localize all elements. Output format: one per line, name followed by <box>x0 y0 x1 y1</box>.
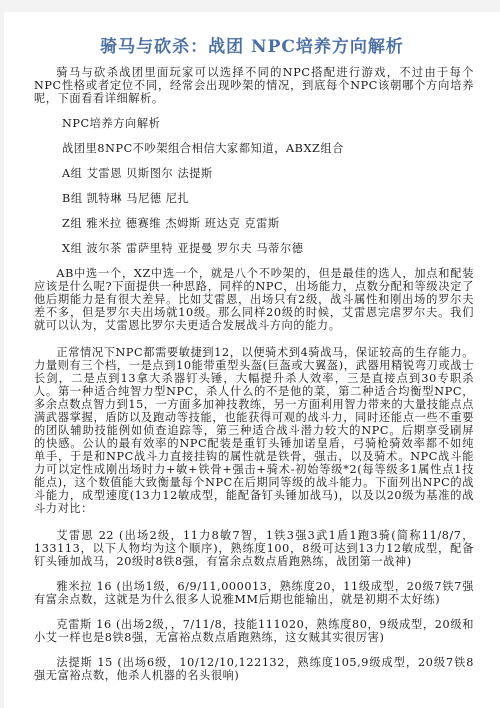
stats-paragraph: 正常情况下NPC都需要敏捷到12，以便骑术到4骑战马，保证较高的生存能力。力量则… <box>34 346 474 515</box>
page-title: 骑马与砍杀：战团 NPC培养方向解析 <box>4 32 500 57</box>
group-b: B组 凯特琳 马尼德 尼扎 <box>34 192 474 205</box>
npc-entry-kelesi: 克雷斯 16 (出场2级，，7/11/8，技能111020，熟练度80，9级成型… <box>34 618 474 644</box>
group-z: Z组 雅米拉 德赛维 杰姆斯 班达克 克雷斯 <box>34 217 474 230</box>
group-a: A组 艾雷恩 贝斯图尔 法提斯 <box>34 167 474 180</box>
section-heading: NPC培养方向解析 <box>34 117 474 130</box>
article-body: 骑马与砍杀战团里面玩家可以选择不同的NPC搭配进行游戏，不过由于每个NPC性格或… <box>34 66 474 694</box>
npc-entry-yamila: 雅米拉 16 (出场1级，6/9/11,000013，熟练度20，11级成型，2… <box>34 580 474 606</box>
npc-entry-fatisi: 法提斯 15 (出场6级，10/12/10,122132，熟练度105,9级成型… <box>34 656 474 682</box>
groups-intro: 战团里8NPC不吵架组合相信大家都知道，ABXZ组合 <box>34 142 474 155</box>
selection-paragraph: AB中选一个，XZ中选一个，就是八个不吵架的，但是最佳的选人，加点和配装应该是什… <box>34 267 474 332</box>
group-x: X组 波尔茶 雷萨里特 亚提曼 罗尔夫 马蒂尔德 <box>34 242 474 255</box>
intro-paragraph: 骑马与砍杀战团里面玩家可以选择不同的NPC搭配进行游戏，不过由于每个NPC性格或… <box>34 66 474 105</box>
document-page: 骑马与砍杀：战团 NPC培养方向解析 骑马与砍杀战团里面玩家可以选择不同的NPC… <box>4 12 500 708</box>
npc-entry-ailein: 艾雷恩 22 (出场2级，11力8敏7智，1铁3强3武1盾1跑3骑(简称11/8… <box>34 529 474 568</box>
